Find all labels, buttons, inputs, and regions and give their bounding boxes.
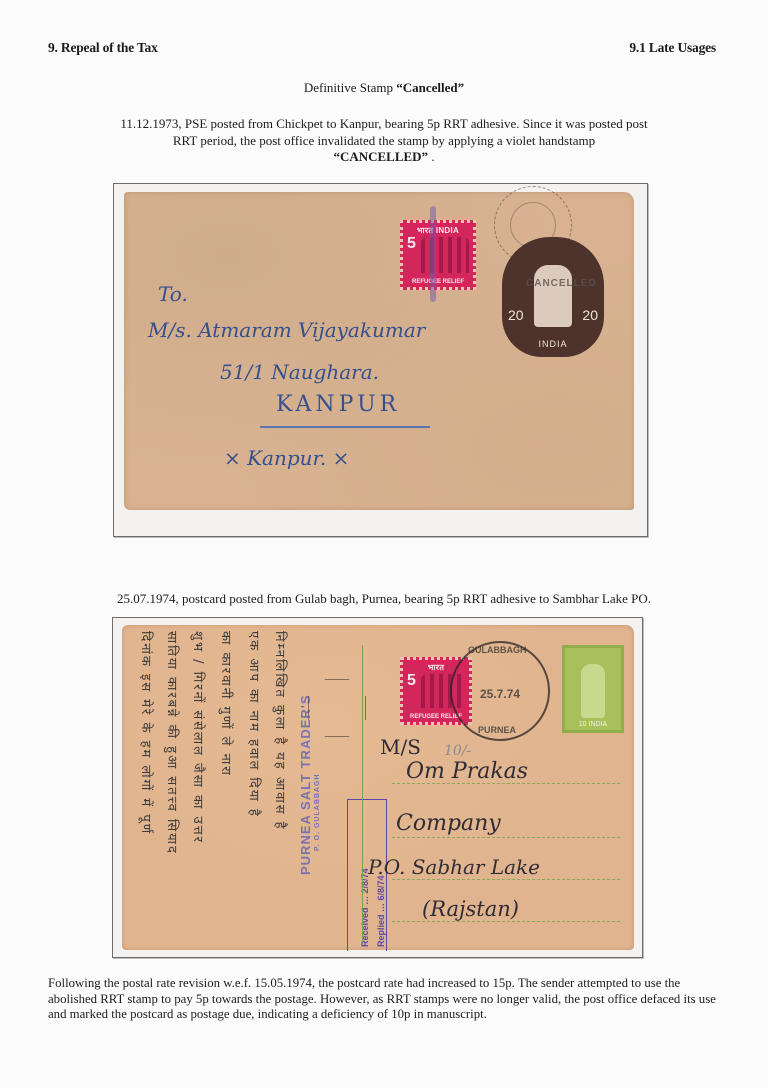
item1-tail: .: [428, 149, 435, 164]
page-subtitle: Definitive Stamp “Cancelled”: [0, 80, 768, 96]
postcard-mount: दिनांक इस मेरे के हम लोगों में पूर्ण सात…: [112, 617, 643, 958]
postmark-date: 25.7.74: [480, 687, 520, 701]
lion-capital-icon: [581, 664, 605, 718]
postcard-divider: [362, 645, 363, 942]
postmark-top: GULABBAGH: [468, 645, 527, 655]
item1-line3: “CANCELLED” .: [60, 149, 708, 166]
stamp-value: 5: [407, 672, 416, 690]
subtitle-emphasis: “Cancelled”: [396, 80, 464, 95]
indicium-country: INDIA: [589, 721, 608, 728]
address-line-3: Company: [396, 811, 501, 836]
item1-description: 11.12.1973, PSE posted from Chickpet to …: [60, 116, 708, 166]
page-header-left: 9. Repeal of the Tax: [48, 40, 158, 56]
indicium-value: 10: [579, 721, 587, 728]
message-line: निम्नलिखित कुला है यह आवास है: [272, 631, 290, 831]
item1-line1: 11.12.1973, PSE posted from Chickpet to …: [60, 116, 708, 133]
stamp-caption: REFUGEE RELIEF: [403, 279, 473, 285]
address-guide-line: [392, 837, 620, 838]
lion-capital-icon: [534, 265, 572, 327]
address-guide-line: [392, 921, 620, 922]
postmark-bottom: PURNEA: [478, 725, 516, 735]
item1-emphasis: “CANCELLED”: [333, 149, 428, 164]
indicium-caption: 10 INDIA: [565, 721, 621, 728]
manuscript-due: 10/-: [444, 743, 471, 759]
envelope-image: 20 20 INDIA CANCELLED भारत INDIA 5 REFUG…: [124, 192, 634, 510]
page-header-right: 9.1 Late Usages: [629, 40, 716, 56]
replied-date: 6/8/74: [376, 875, 386, 900]
octagonal-postmark: [308, 679, 366, 737]
indicium-value-left: 20: [508, 307, 524, 323]
address-line-1: M/S: [380, 735, 421, 759]
replied-label: Replied: [376, 914, 386, 947]
envelope-mount: 20 20 INDIA CANCELLED भारत INDIA 5 REFUG…: [113, 183, 648, 537]
message-line: एक आप का नाम हवाल दिया है: [246, 631, 264, 818]
address-guide-line: [392, 879, 620, 880]
message-line: दिनांक इस मेरे के हम लोगों में पूर्ण: [138, 631, 156, 835]
embossed-indicium: 20 20 INDIA: [502, 237, 604, 357]
indicium-value-right: 20: [582, 307, 598, 323]
address-line-2: M/s. Atmaram Vijayakumar: [148, 318, 425, 342]
trader-handstamp-sub: P. O. GULABBAGH: [314, 774, 321, 852]
address-line-5: × Kanpur. ×: [224, 446, 349, 470]
indicium-country: INDIA: [502, 339, 604, 349]
address-underline: [260, 426, 430, 428]
item3-description: Following the postal rate revision w.e.f…: [48, 976, 724, 1023]
address-line-2: Om Prakas: [406, 759, 528, 784]
stamp-value: 5: [407, 235, 416, 253]
postcard-indicium: 10 INDIA: [562, 645, 624, 733]
address-line-5: (Rajstan): [422, 897, 519, 921]
subtitle-text: Definitive Stamp: [304, 80, 396, 95]
refugee-figures-icon: [421, 237, 469, 273]
message-line: शुभ / गिरनों संसेलाल जैसा का उत्तर: [190, 631, 208, 844]
item2-description: 25.07.1974, postcard posted from Gulab b…: [60, 591, 708, 608]
address-line-1: To.: [158, 282, 188, 306]
address-line-4: P.O. Sabhar Lake: [368, 855, 540, 879]
postcard-image: दिनांक इस मेरे के हम लोगों में पूर्ण सात…: [122, 625, 634, 950]
rrt-adhesive-stamp: भारत INDIA 5 REFUGEE RELIEF: [400, 220, 476, 290]
item1-line2: RRT period, the post office invalidated …: [60, 133, 708, 150]
message-line: सातिया कारबन्ने की हुआ सतत्त्व सियाद: [164, 631, 182, 855]
message-line: का कारवानी गुणों ले नारा: [218, 631, 236, 777]
cancelled-handstamp: CANCELLED: [526, 278, 597, 289]
address-line-4: KANPUR: [276, 392, 400, 417]
violet-cancel-mark: [430, 206, 436, 302]
address-line-3: 51/1 Naughara.: [220, 360, 379, 384]
replied-line: Replied … 6/8/74: [376, 875, 386, 947]
